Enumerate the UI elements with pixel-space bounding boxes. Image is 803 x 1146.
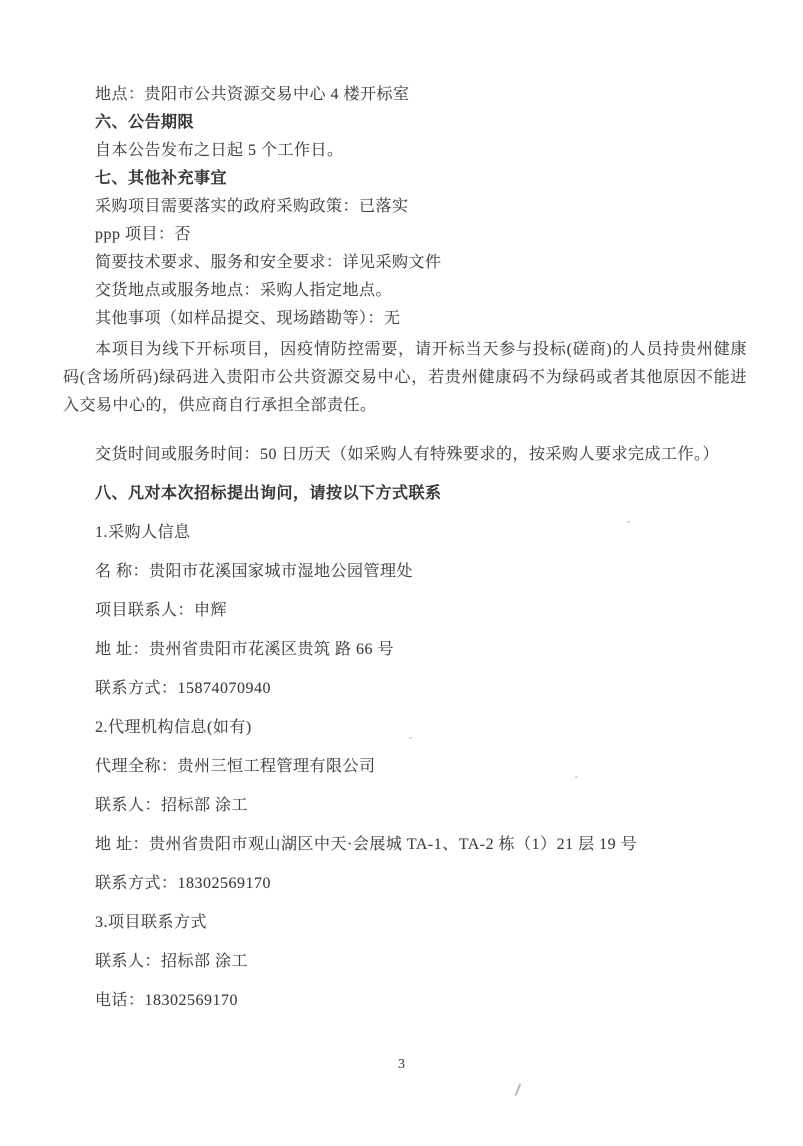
section-heading: 八、凡对本次招标提出询问，请按以下方式联系: [63, 483, 747, 505]
text-line: 采购项目需要落实的政府采购政策：已落实: [63, 196, 747, 218]
text-line: 交货时间或服务时间：50 日历天（如采购人有特殊要求的，按采购人要求完成工作。）: [63, 444, 747, 466]
document-page: 地点：贵阳市公共资源交易中心 4 楼开标室六、公告期限自本公告发布之日起 5 个…: [0, 0, 803, 1146]
text-line: 联系方式：15874070940: [63, 678, 747, 700]
text-line: 自本公告发布之日起 5 个工作日。: [63, 140, 747, 162]
document-body: 地点：贵阳市公共资源交易中心 4 楼开标室六、公告期限自本公告发布之日起 5 个…: [63, 84, 747, 1029]
text-line: 2.代理机构信息(如有): [63, 717, 747, 739]
text-line: 联系方式：18302569170: [63, 873, 747, 895]
text-line: 地点：贵阳市公共资源交易中心 4 楼开标室: [63, 84, 747, 106]
text-line: 本项目为线下开标项目，因疫情防控需要，请开标当天参与投标(磋商)的人员持贵州健康…: [63, 336, 747, 420]
text-line: 项目联系人：申辉: [63, 600, 747, 622]
text-line: 简要技术要求、服务和安全要求：详见采购文件: [63, 252, 747, 274]
scan-artifact-slash: [515, 1083, 522, 1096]
text-line: 地 址：贵州省贵阳市花溪区贵筑 路 66 号: [63, 639, 747, 661]
text-line: 电话：18302569170: [63, 990, 747, 1012]
section-heading: 七、其他补充事宜: [63, 168, 747, 190]
text-line: 代理全称：贵州三恒工程管理有限公司: [63, 756, 747, 778]
section-heading: 六、公告期限: [63, 112, 747, 134]
text-line: 名 称：贵阳市花溪国家城市湿地公园管理处: [63, 561, 747, 583]
text-line: ppp 项目：否: [63, 224, 747, 246]
text-line: 3.项目联系方式: [63, 912, 747, 934]
text-line: 交货地点或服务地点：采购人指定地点。: [63, 280, 747, 302]
text-line: 1.采购人信息: [63, 522, 747, 544]
text-line: 联系人：招标部 涂工: [63, 951, 747, 973]
text-line: 其他事项（如样品提交、现场踏勘等）：无: [63, 308, 747, 330]
text-line: 联系人：招标部 涂工: [63, 795, 747, 817]
text-line: 地 址：贵州省贵阳市观山湖区中天·会展城 TA-1、TA-2 栋（1）21 层 …: [63, 834, 747, 856]
page-number: 3: [0, 1057, 803, 1073]
